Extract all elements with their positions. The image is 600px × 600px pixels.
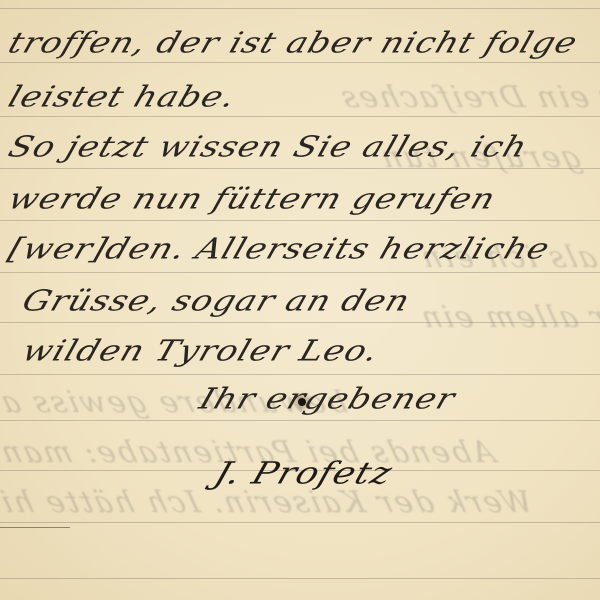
letter-page: wofür ein Dreifaches gerufen tun als ich… [0, 0, 600, 600]
ruled-line [0, 578, 600, 579]
ruled-line [0, 62, 600, 63]
letter-line: wilden Tyroler Leo. [18, 334, 384, 368]
letter-line: leistet habe. [4, 80, 240, 114]
letter-line: troffen, der ist aber nicht folge [4, 26, 582, 60]
bleed-through-text: vor allem ein [415, 300, 600, 335]
ruled-line [0, 374, 600, 375]
letter-line: Grüsse, sogar an den [18, 284, 415, 318]
ruled-line [0, 522, 600, 523]
signature: J. Profetz [210, 456, 397, 491]
bleed-through-text: wofür ein Dreifaches [335, 80, 600, 115]
ruled-line [0, 220, 600, 221]
ruled-line [0, 420, 600, 421]
ink-blot [298, 398, 306, 406]
margin-mark [0, 527, 70, 528]
ruled-line [0, 116, 600, 117]
letter-line: So jetzt wissen Sie alles, ich [4, 130, 532, 164]
letter-line: [wer]den. Allerseits herzliche [4, 232, 554, 266]
letter-line: werde nun füttern gerufen [4, 182, 500, 216]
letter-closing: Ihr ergebener [195, 382, 460, 416]
ruled-line [0, 8, 600, 9]
